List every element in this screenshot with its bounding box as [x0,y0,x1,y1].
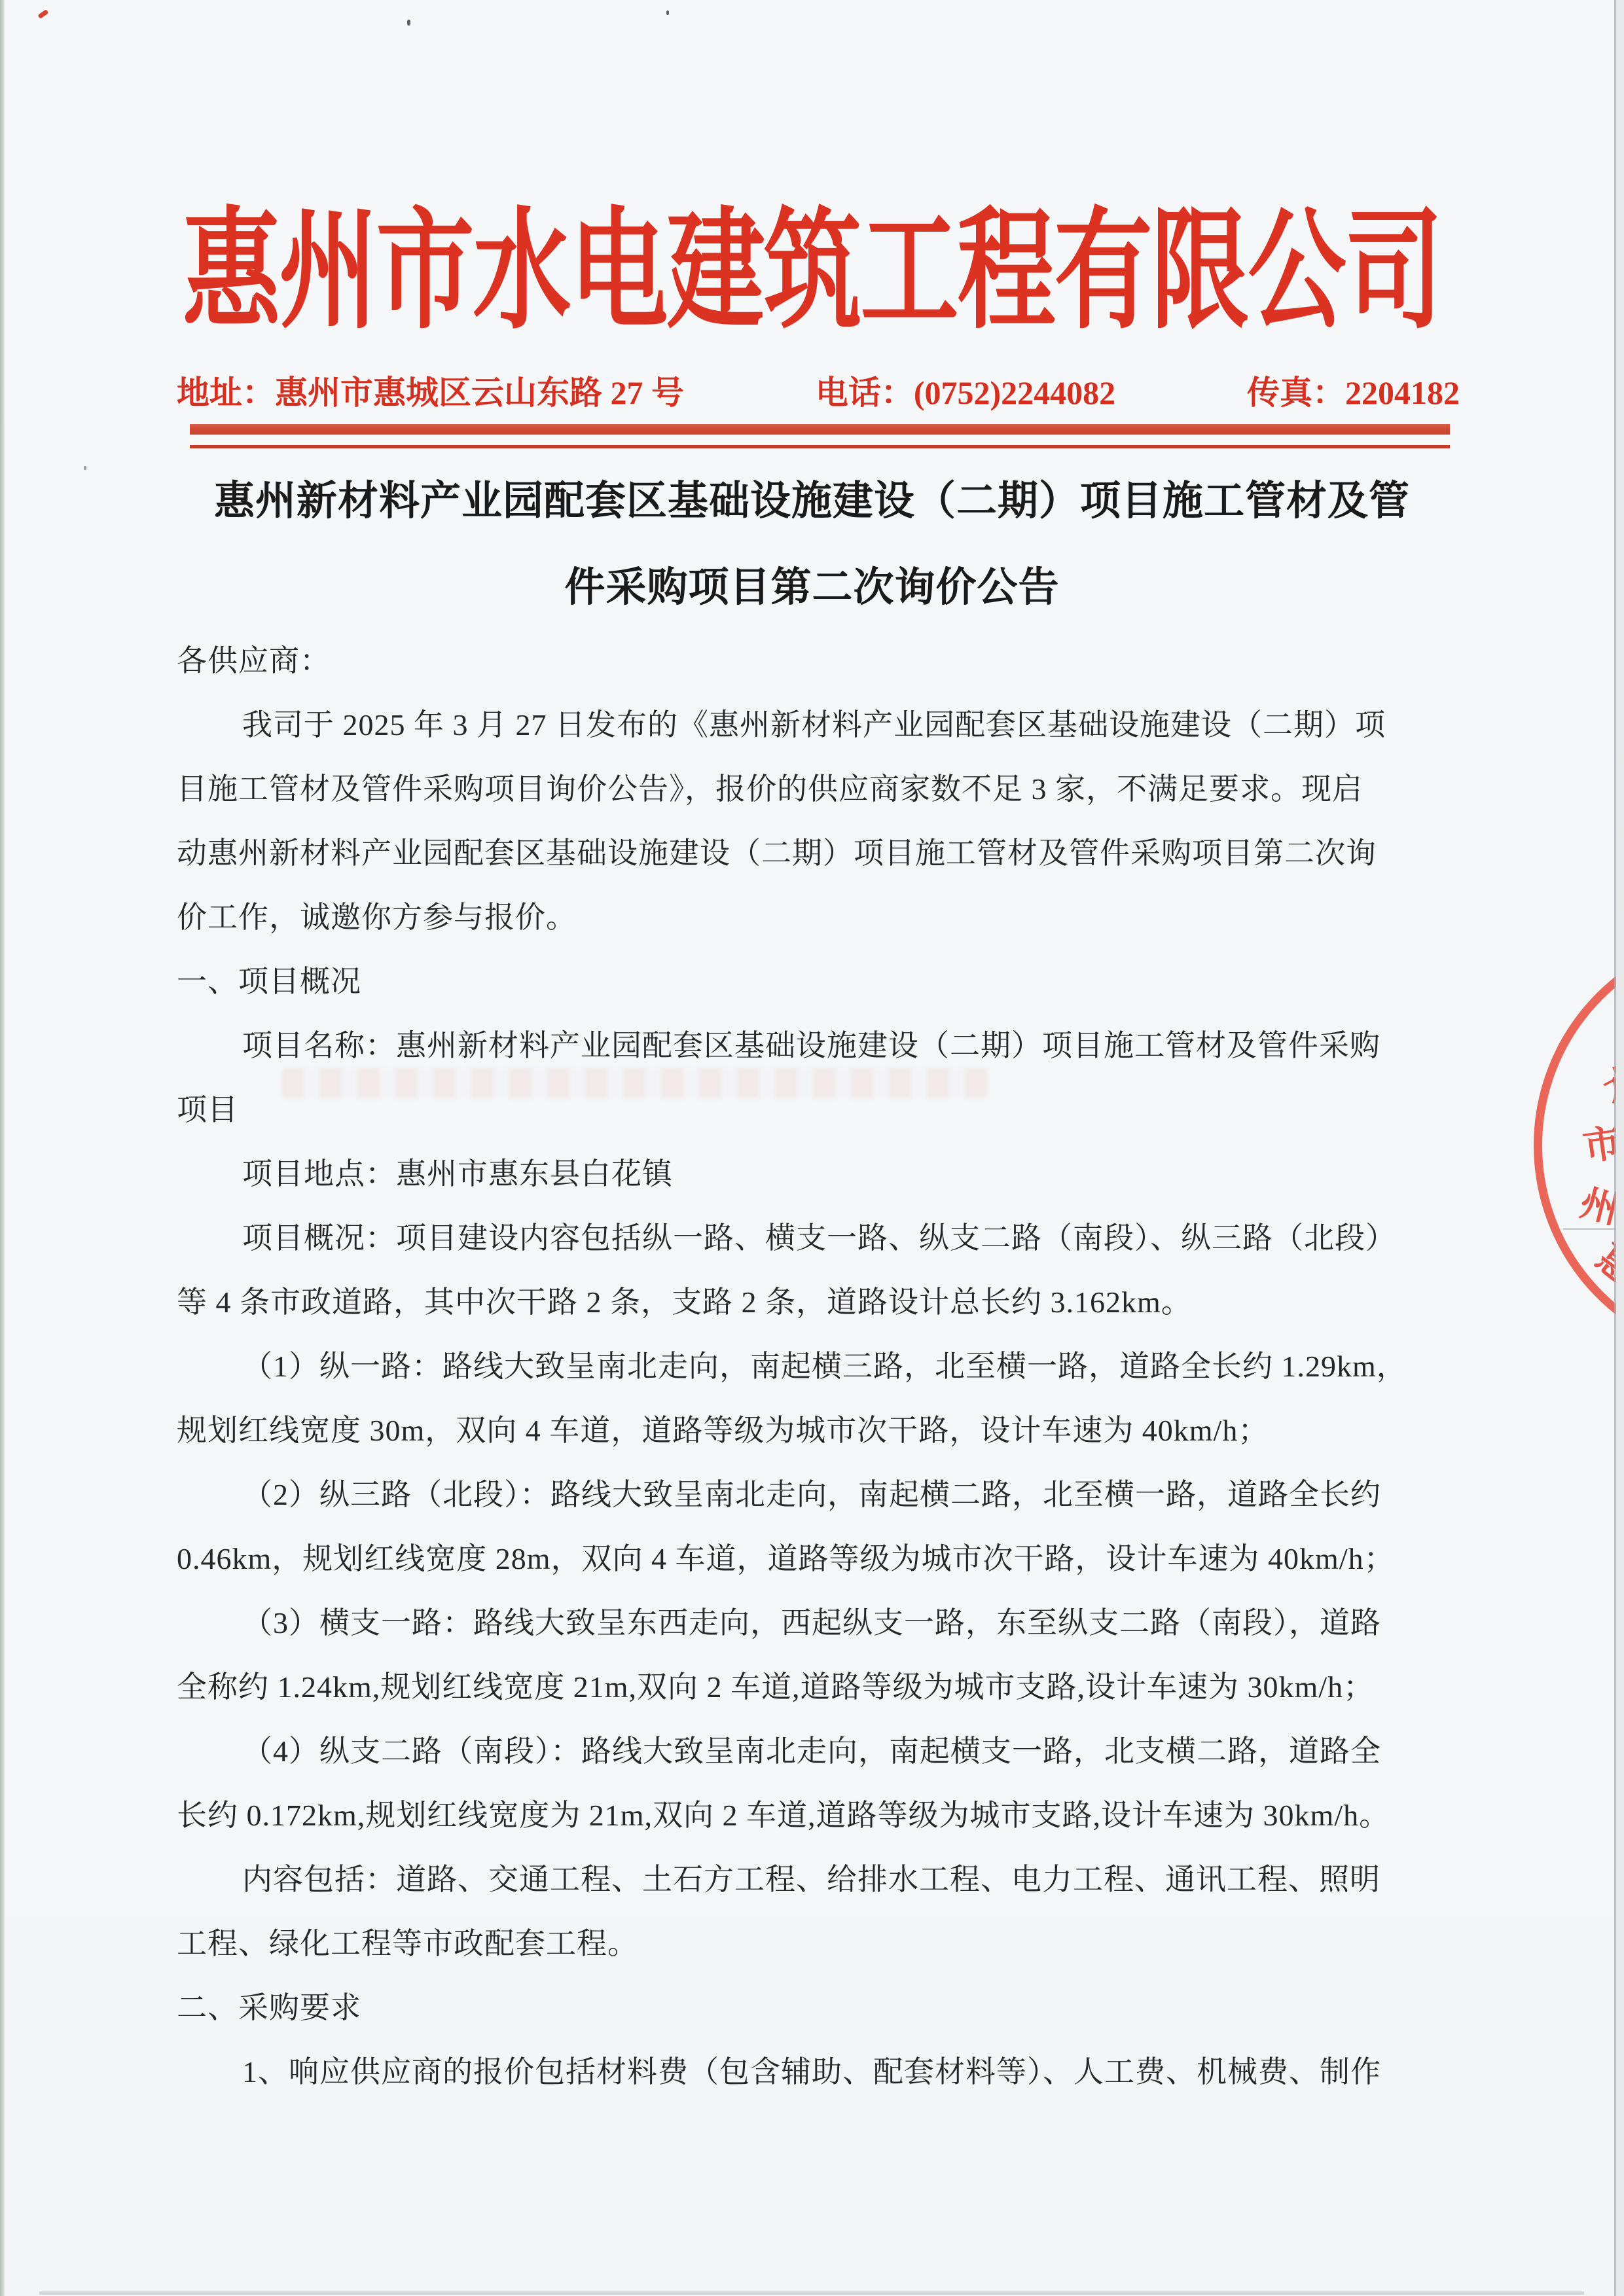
body-line: 一、项目概况 [177,950,1470,1014]
letterhead-rule-thin [190,445,1450,448]
body-line: 目施工管材及管件采购项目询价公告》，报价的供应商家数不足 3 家，不满足要求。现… [177,757,1470,821]
document-title-line2: 件采购项目第二次询价公告 [0,545,1624,631]
body-line: 动惠州新材料产业园配套区基础设施建设（二期）项目施工管材及管件采购项目第二次询 [177,821,1470,886]
scan-edge-left [0,0,5,2296]
letterhead-contact-row: 地址：惠州市惠城区云山东路 27 号 电话：(0752)2244082 传真：2… [177,370,1460,410]
scanned-announcement-page: 惠州市水电建筑工程有限公司 地址：惠州市惠城区云山东路 27 号 电话：(075… [0,0,1624,2296]
body-line: 长约 0.172km,规划红线宽度为 21m,双向 2 车道,道路等级为城市支路… [177,1784,1470,1848]
body-line: （3）横支一路：路线大致呈东西走向，西起纵支一路，东至纵支二路（南段），道路 [177,1591,1470,1655]
red-ink-speck [37,9,48,19]
scan-edge-right-line [1614,0,1616,2296]
body-line: 1、响应供应商的报价包括材料费（包含辅助、配套材料等）、人工费、机械费、制作 [177,2040,1470,2104]
body-line: 项目概况：项目建设内容包括纵一路、横支一路、纵支二路（南段）、纵三路（北段） [177,1206,1470,1270]
body-line: 二、采购要求 [177,1976,1470,2040]
body-line: 我司于 2025 年 3 月 27 日发布的《惠州新材料产业园配套区基础设施建设… [177,693,1470,757]
company-fax: 传真：2204182 [1247,367,1460,414]
body-line: （1）纵一路：路线大致呈南北走向，南起横三路，北至横一路，道路全长约 1.29k… [177,1335,1470,1399]
dust-speck [666,10,669,15]
body-line: 各供应商： [177,629,1470,693]
dust-speck [407,20,410,26]
ink-bleed-artifact [281,1068,988,1098]
scan-edge-right-band [1616,0,1624,2296]
announcement-body: 各供应商： 我司于 2025 年 3 月 27 日发布的《惠州新材料产业园配套区… [177,629,1470,2104]
company-round-seal: 电 水 市 州 惠 [1534,930,1624,1361]
document-title: 惠州新材料产业园配套区基础设施建设（二期）项目施工管材及管 件采购项目第二次询价… [0,458,1624,631]
body-line: 全称约 1.24km,规划红线宽度 21m,双向 2 车道,道路等级为城市支路,… [177,1655,1470,1719]
body-line: 项目地点：惠州市惠东县白花镇 [177,1142,1470,1206]
body-line: （4）纵支二路（南段）：路线大致呈南北走向，南起横支一路，北支横二路，道路全 [177,1719,1470,1784]
body-line: 工程、绿化工程等市政配套工程。 [177,1912,1470,1976]
dust-speck [84,466,86,470]
company-phone: 电话：(0752)2244082 [816,367,1115,414]
body-line: 0.46km，规划红线宽度 28m，双向 4 车道，道路等级为城市次干路，设计车… [177,1527,1470,1591]
document-title-line1: 惠州新材料产业园配套区基础设施建设（二期）项目施工管材及管 [0,458,1624,545]
body-line: 价工作，诚邀你方参与报价。 [177,886,1470,950]
scan-edge-bottom [39,2291,1584,2295]
body-line: 等 4 条市政道路，其中次干路 2 条，支路 2 条，道路设计总长约 3.162… [177,1270,1470,1335]
company-address: 地址：惠州市惠城区云山东路 27 号 [177,367,684,414]
company-name: 惠州市水电建筑工程有限公司 [0,164,1624,380]
body-line: 规划红线宽度 30m，双向 4 车道，道路等级为城市次干路，设计车速为 40km… [177,1399,1470,1463]
letterhead-rule-thick [190,424,1450,435]
body-line: 内容包括：道路、交通工程、土石方工程、给排水工程、电力工程、通讯工程、照明 [177,1848,1470,1912]
body-line: （2）纵三路（北段）：路线大致呈南北走向，南起横二路，北至横一路，道路全长约 [177,1463,1470,1527]
